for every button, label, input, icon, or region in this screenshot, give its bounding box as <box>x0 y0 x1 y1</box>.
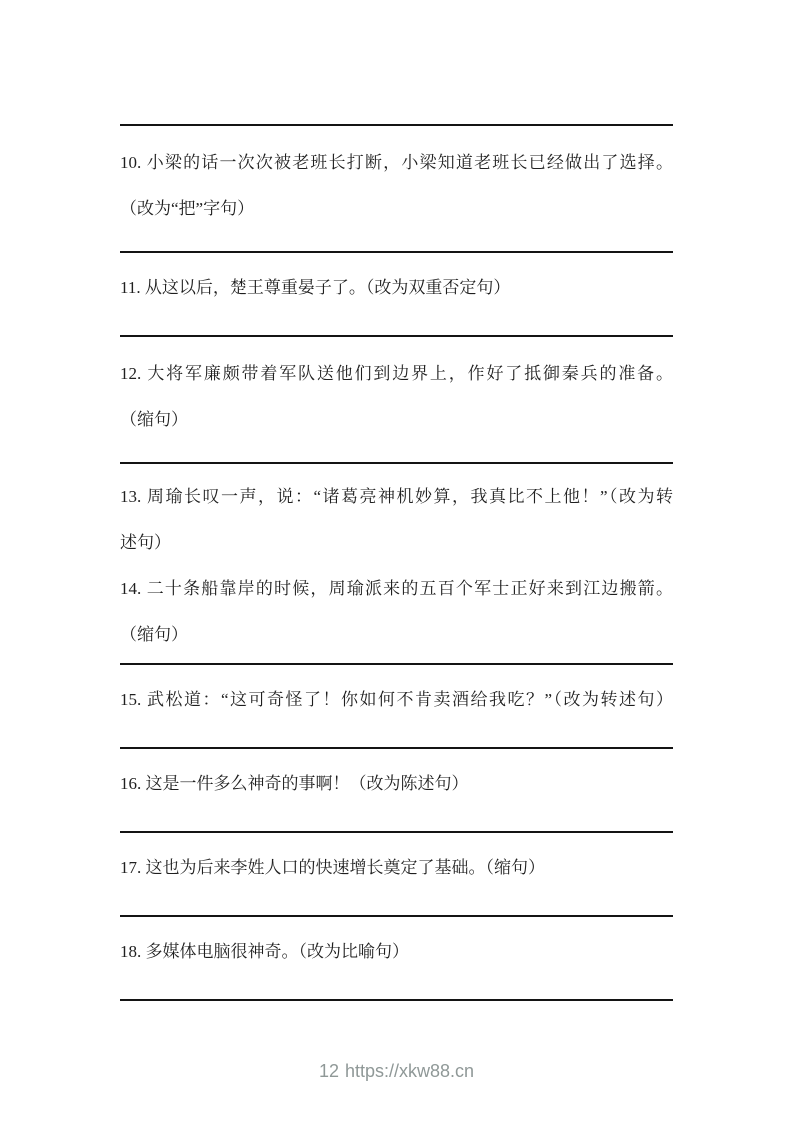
question-section-10: 10. 小梁的话一次次被老班长打断，小梁知道老班长已经做出了选择。 （改为“把”… <box>120 124 673 251</box>
question-14-instruction: （缩句） <box>120 612 673 658</box>
question-13-sentence-line2: 述句） <box>120 520 673 566</box>
question-section-11: 11. 从这以后，楚王尊重晏子了。（改为双重否定句） <box>120 251 673 335</box>
question-11-sentence: 11. 从这以后，楚王尊重晏子了。（改为双重否定句） <box>120 265 673 311</box>
question-section-12: 12. 大将军廉颇带着军队送他们到边界上，作好了抵御秦兵的准备。 （缩句） <box>120 335 673 462</box>
page-number: 12 <box>319 1059 339 1083</box>
question-16-sentence: 16. 这是一件多么神奇的事啊！（改为陈述句） <box>120 761 673 807</box>
closing-rule <box>120 999 673 1001</box>
question-10-instruction: （改为“把”字句） <box>120 186 673 232</box>
question-17-sentence: 17. 这也为后来李姓人口的快速增长奠定了基础。（缩句） <box>120 845 673 891</box>
question-section-16: 16. 这是一件多么神奇的事啊！（改为陈述句） <box>120 747 673 831</box>
question-12-instruction: （缩句） <box>120 397 673 443</box>
question-13-sentence-line1: 13. 周瑜长叹一声，说：“诸葛亮神机妙算，我真比不上他！”（改为转 <box>120 474 673 520</box>
question-section-15: 15. 武松道：“这可奇怪了！你如何不肯卖酒给我吃？”（改为转述句） <box>120 663 673 747</box>
question-18-sentence: 18. 多媒体电脑很神奇。（改为比喻句） <box>120 929 673 975</box>
question-section-18: 18. 多媒体电脑很神奇。（改为比喻句） <box>120 915 673 999</box>
worksheet-content: 10. 小梁的话一次次被老班长打断，小梁知道老班长已经做出了选择。 （改为“把”… <box>120 0 673 1083</box>
question-section-17: 17. 这也为后来李姓人口的快速增长奠定了基础。（缩句） <box>120 831 673 915</box>
worksheet-page: 10. 小梁的话一次次被老班长打断，小梁知道老班长已经做出了选择。 （改为“把”… <box>0 0 793 1122</box>
question-12-sentence: 12. 大将军廉颇带着军队送他们到边界上，作好了抵御秦兵的准备。 <box>120 351 673 397</box>
question-14-sentence: 14. 二十条船靠岸的时候，周瑜派来的五百个军士正好来到江边搬箭。 <box>120 566 673 612</box>
question-section-13-14: 13. 周瑜长叹一声，说：“诸葛亮神机妙算，我真比不上他！”（改为转 述句） 1… <box>120 462 673 663</box>
page-footer: 12https://xkw88.cn <box>120 1059 673 1083</box>
watermark-url: https://xkw88.cn <box>345 1059 474 1083</box>
question-10-sentence: 10. 小梁的话一次次被老班长打断，小梁知道老班长已经做出了选择。 <box>120 140 673 186</box>
question-15-sentence: 15. 武松道：“这可奇怪了！你如何不肯卖酒给我吃？”（改为转述句） <box>120 677 673 723</box>
